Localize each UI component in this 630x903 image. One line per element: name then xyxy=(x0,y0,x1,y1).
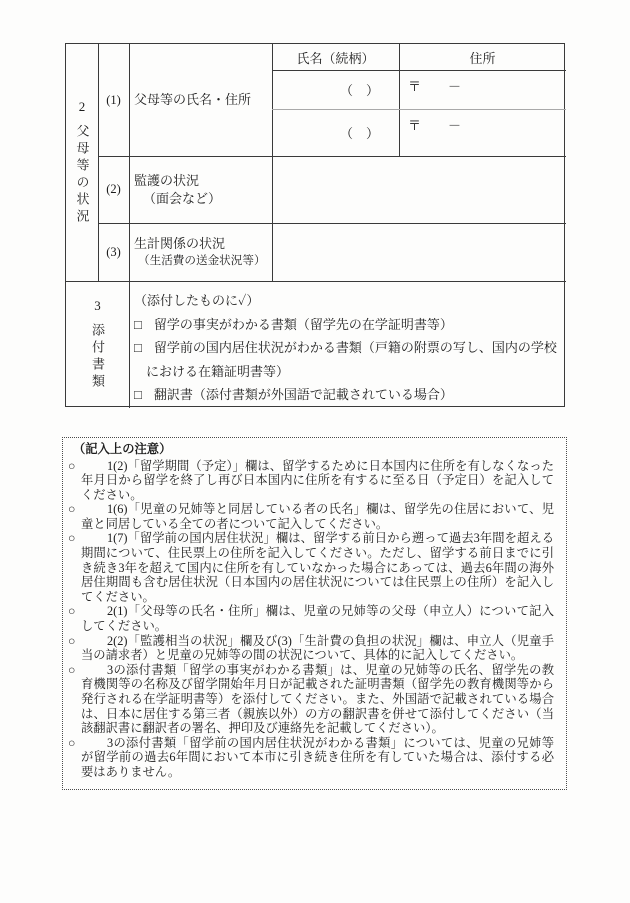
checkbox-icon: □ xyxy=(134,317,142,332)
note-text: 3の添付書類「留学の事実がわかる書類」は、児童の兄姉等の氏名、留学先の教育機関等… xyxy=(81,663,554,736)
postal-mark-icon: 〒 xyxy=(408,79,421,94)
attachment-item: □翻訳書（添付書類が外国語で記載されている場合） xyxy=(134,383,568,407)
section3-header-cell: 3 添付書類 xyxy=(66,281,129,408)
parents-status-table: 2 父母等の状況 (1) (2) (3) 父母等の氏名・住所 監護の状況 （面会… xyxy=(65,43,565,407)
address-column-header: 住所 xyxy=(399,44,566,70)
note-text: 2(1)「父母等の氏名・住所」欄は、児童の兄姉等の父母（申立人）について記入して… xyxy=(81,604,554,633)
row3-entry-field xyxy=(272,223,566,281)
note-item: ○ 2(2)「監護相当の状況」欄及び(3)「生計費の負担の状況」欄は、申立人（児… xyxy=(68,634,554,663)
attachment-item-label: 翻訳書（添付書類が外国語で記載されている場合） xyxy=(154,387,453,402)
attachment-item-label: 留学前の国内居住状況がわかる書類（戸籍の附票の写し、国内の学校における在籍証明書… xyxy=(146,340,557,379)
row2-label-cell: 監護の状況 （面会など） xyxy=(129,156,272,223)
note-item: ○ 2(1)「父母等の氏名・住所」欄は、児童の兄姉等の父母（申立人）について記入… xyxy=(68,604,554,633)
circle-bullet-icon: ○ xyxy=(68,459,75,474)
row2-number: (2) xyxy=(98,156,129,223)
row3-label: 生計関係の状況 xyxy=(134,235,272,253)
note-text: 3の添付書類「留学前の国内居住状況がわかる書類」については、児童の兄姉等が留学前… xyxy=(81,736,554,780)
attachment-item: □留学の事実がわかる書類（留学先の在学証明書等） xyxy=(134,313,568,337)
postal-dash: － xyxy=(448,79,461,94)
parent2-address-field: 〒－ xyxy=(399,109,566,156)
circle-bullet-icon: ○ xyxy=(68,604,75,619)
row2-label: 監護の状況 xyxy=(134,172,272,190)
row1-label: 父母等の氏名・住所 xyxy=(134,91,272,109)
section3-number: 3 xyxy=(94,298,101,314)
section3-title: 添付書類 xyxy=(91,323,104,391)
attachment-item-label: 留学の事実がわかる書類（留学先の在学証明書等） xyxy=(154,317,453,332)
note-item: ○ 1(6)「児童の兄姉等と同居している者の氏名」欄は、留学先の住居において、児… xyxy=(68,502,554,531)
note-item: ○ 1(2)「留学期間（予定）」欄は、留学するために日本国内に住所を有しなくなっ… xyxy=(68,459,554,503)
row2-sublabel: （面会など） xyxy=(134,190,272,208)
postal-dash: － xyxy=(448,118,461,133)
circle-bullet-icon: ○ xyxy=(68,502,75,517)
parent1-name-field: （ ） xyxy=(272,70,399,109)
section2-header-cell: 2 父母等の状況 xyxy=(66,44,98,281)
circle-bullet-icon: ○ xyxy=(68,634,75,649)
row3-label-cell: 生計関係の状況 （生活費の送金状況等） xyxy=(129,223,272,281)
notes-box: （記入上の注意） ○ 1(2)「留学期間（予定）」欄は、留学するために日本国内に… xyxy=(62,437,567,790)
section2-number: 2 xyxy=(79,99,86,115)
postal-mark-icon: 〒 xyxy=(408,118,421,133)
attachment-item: □留学前の国内居住状況がわかる書類（戸籍の附票の写し、国内の学校における在籍証明… xyxy=(134,336,568,383)
section2-title: 父母等の状況 xyxy=(76,124,89,226)
checkbox-icon: □ xyxy=(134,340,142,355)
circle-bullet-icon: ○ xyxy=(68,531,75,546)
attachments-cell: （添付したものに✓） □留学の事実がわかる書類（留学先の在学証明書等） □留学前… xyxy=(129,281,566,408)
circle-bullet-icon: ○ xyxy=(68,736,75,751)
row1-number: (1) xyxy=(98,44,129,156)
name-column-header: 氏名（続柄） xyxy=(272,44,399,70)
document-page: 2 父母等の状況 (1) (2) (3) 父母等の氏名・住所 監護の状況 （面会… xyxy=(0,0,630,903)
parent1-address-field: 〒－ xyxy=(399,70,566,109)
note-text: 2(2)「監護相当の状況」欄及び(3)「生計費の負担の状況」欄は、申立人（児童手… xyxy=(81,634,554,663)
note-text: 1(6)「児童の兄姉等と同居している者の氏名」欄は、留学先の住居において、児童と… xyxy=(81,502,554,531)
note-item: ○ 1(7)「留学前の国内居住状況」欄は、留学する前日から遡って過去3年間を超え… xyxy=(68,531,554,604)
parent2-name-field: （ ） xyxy=(272,109,399,156)
circle-bullet-icon: ○ xyxy=(68,663,75,678)
row3-number: (3) xyxy=(98,223,129,281)
row2-entry-field xyxy=(272,156,566,223)
row1-label-cell: 父母等の氏名・住所 xyxy=(129,44,272,156)
row3-sublabel: （生活費の送金状況等） xyxy=(134,252,272,270)
note-item: ○ 3の添付書類「留学前の国内居住状況がわかる書類」については、児童の兄姉等が留… xyxy=(68,736,554,780)
attachments-intro: （添付したものに✓） xyxy=(134,289,563,313)
notes-heading: （記入上の注意） xyxy=(68,442,554,458)
checkbox-icon: □ xyxy=(134,387,142,402)
note-text: 1(7)「留学前の国内居住状況」欄は、留学する前日から遡って過去3年間を超える期… xyxy=(81,531,554,604)
note-text: 1(2)「留学期間（予定）」欄は、留学するために日本国内に住所を有しなくなった年… xyxy=(81,459,554,503)
note-item: ○ 3の添付書類「留学の事実がわかる書類」は、児童の兄姉等の氏名、留学先の教育機… xyxy=(68,663,554,736)
